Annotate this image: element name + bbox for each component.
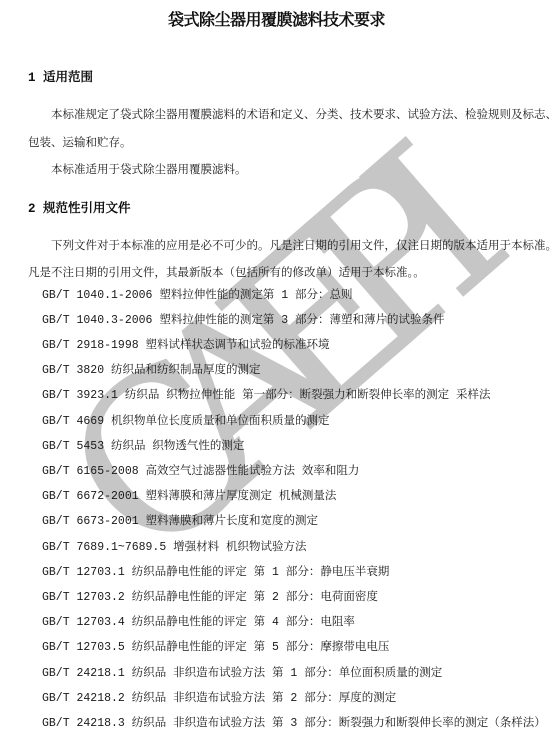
reference-item: GB/T 12703.5 纺织品静电性能的评定 第 5 部分：摩擦带电电压 [42,635,553,660]
reference-item: GB/T 4669 机织物单位长度质量和单位面积质量的测定 [42,409,553,434]
reference-item: GB/T 5453 纺织品 织物透气性的测定 [42,434,553,459]
reference-list: GB/T 1040.1-2006 塑料拉伸性能的测定第 1 部分：总则 GB/T… [42,283,553,737]
reference-item: GB/T 12703.2 纺织品静电性能的评定 第 2 部分：电荷面密度 [42,585,553,610]
reference-item: GB/T 24218.3 纺织品 非织造布试验方法 第 3 部分：断裂强力和断裂… [42,711,553,736]
reference-item: GB/T 1040.3-2006 塑料拉伸性能的测定第 3 部分：薄塑和薄片的试… [42,308,553,333]
section-references-heading: 2 规范性引用文件 [28,201,553,217]
reference-item: GB/T 6673-2001 塑料薄膜和薄片长度和宽度的测定 [42,509,553,534]
section-scope-body: 本标准规定了袋式除尘器用覆膜滤料的术语和定义、分类、技术要求、试验方法、检验规则… [28,102,553,185]
section-scope-heading: 1 适用范围 [28,70,553,86]
reference-item: GB/T 24218.1 纺织品 非织造布试验方法 第 1 部分：单位面积质量的… [42,661,553,686]
reference-item: GB/T 7689.1~7689.5 增强材料 机织物试验方法 [42,535,553,560]
reference-item: GB/T 12703.4 纺织品静电性能的评定 第 4 部分：电阻率 [42,610,553,635]
reference-item: GB/T 6165-2008 高效空气过滤器性能试验方法 效率和阻力 [42,459,553,484]
document-title: 袋式除尘器用覆膜滤料技术要求 [0,0,553,31]
reference-item: GB/T 1040.1-2006 塑料拉伸性能的测定第 1 部分：总则 [42,283,553,308]
body-text-line: 本标准适用于袋式除尘器用覆膜滤料。 [28,157,553,185]
reference-item: GB/T 2918-1998 塑料试样状态调节和试验的标准环境 [42,333,553,358]
body-text-line: 包装、运输和贮存。 [28,130,553,158]
body-text-line: 本标准规定了袋式除尘器用覆膜滤料的术语和定义、分类、技术要求、试验方法、检验规则… [28,102,553,130]
body-text-line: 下列文件对于本标准的应用是必不可少的。凡是注日期的引用文件，仅注日期的版本适用于… [28,233,553,261]
reference-item: GB/T 12703.1 纺织品静电性能的评定 第 1 部分：静电压半衰期 [42,560,553,585]
reference-item: GB/T 3820 纺织品和纺织制品厚度的测定 [42,358,553,383]
reference-item: GB/T 3923.1 纺织品 织物拉伸性能 第一部分：断裂强力和断裂伸长率的测… [42,383,553,408]
section-references-intro: 下列文件对于本标准的应用是必不可少的。凡是注日期的引用文件，仅注日期的版本适用于… [28,233,553,288]
reference-item: GB/T 24218.2 纺织品 非织造布试验方法 第 2 部分：厚度的测定 [42,686,553,711]
document-content: 袋式除尘器用覆膜滤料技术要求 1 适用范围 本标准规定了袋式除尘器用覆膜滤料的术… [0,0,553,736]
reference-item: GB/T 6672-2001 塑料薄膜和薄片厚度测定 机械测量法 [42,484,553,509]
document-page: CAEPI 袋式除尘器用覆膜滤料技术要求 1 适用范围 本标准规定了袋式除尘器用… [0,0,553,738]
